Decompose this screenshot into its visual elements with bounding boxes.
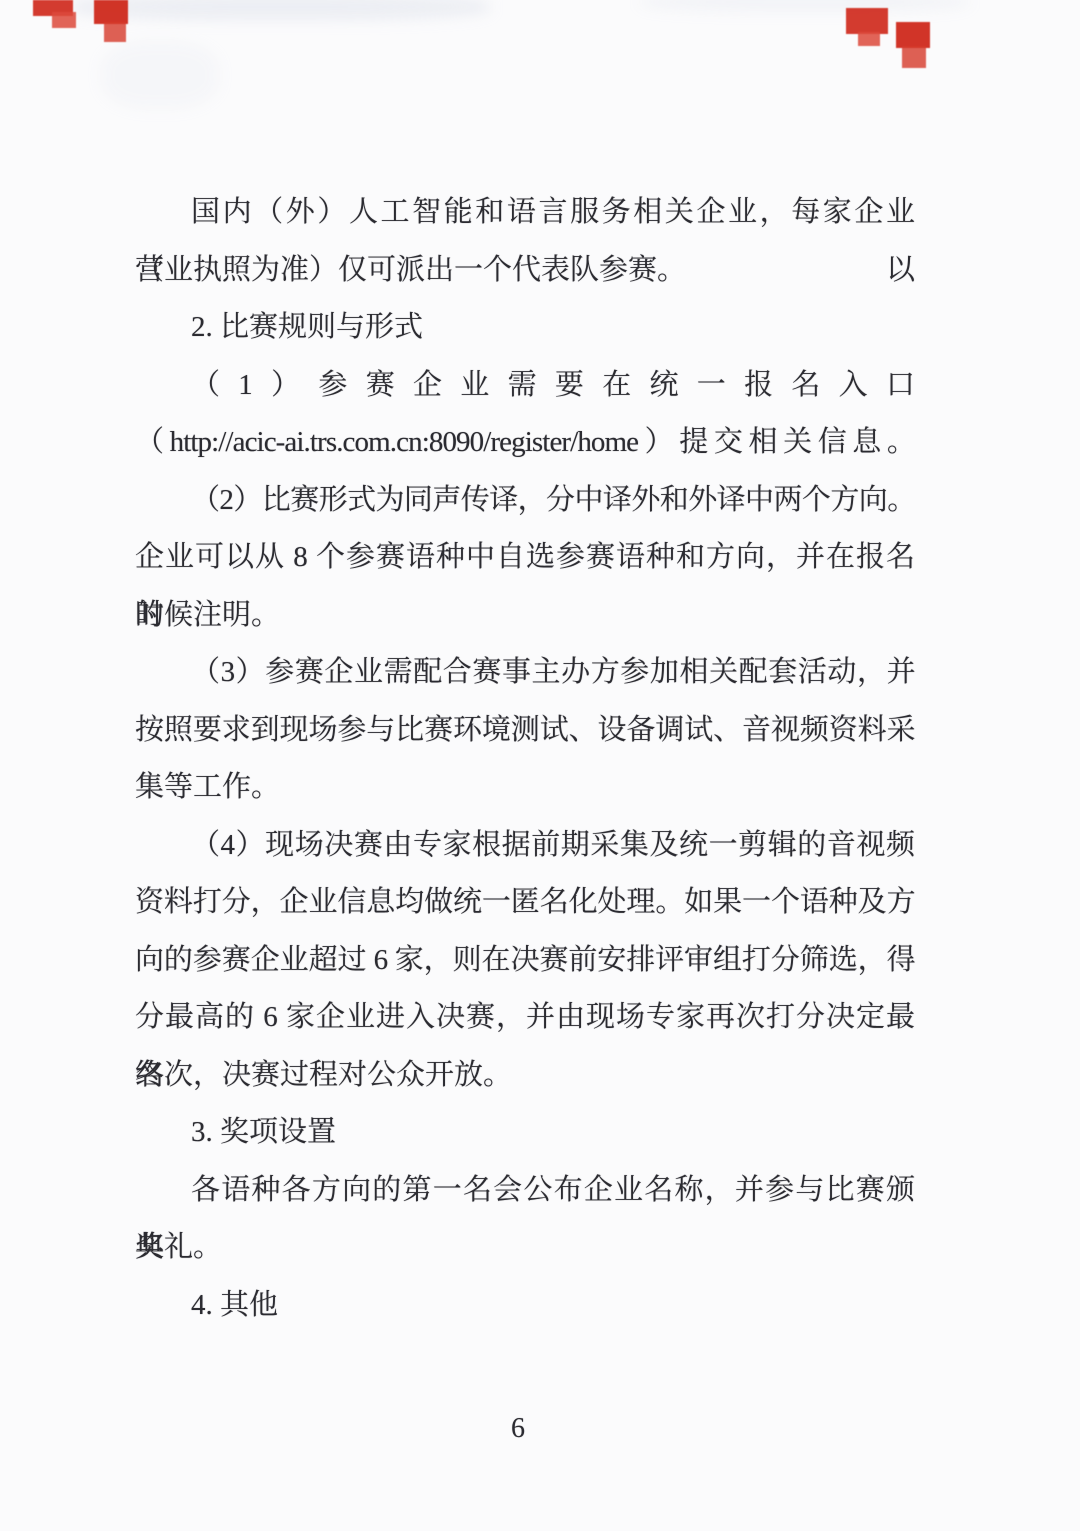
- text-line: 向的参赛企业超过 6 家，则在决赛前安排评审组打分筛选，得: [135, 932, 915, 990]
- text-line: （3）参赛企业需配合赛事主办方参加相关配套活动，并: [135, 644, 915, 702]
- text-line: 分最高的 6 家企业进入决赛，并由现场专家再次打分决定最终: [135, 989, 915, 1047]
- text-line-url: （http://acic-ai.trs.com.cn:8090/register…: [135, 414, 915, 472]
- section-heading-2: 2. 比赛规则与形式: [135, 299, 915, 357]
- scan-smudge: [640, 0, 970, 12]
- text-line: 集等工作。: [135, 759, 915, 817]
- text-line: （1）参赛企业需要在统一报名入口: [135, 357, 915, 415]
- document-text-block: 国内（外）人工智能和语言服务相关企业，每家企业（以 营业执照为准）仅可派出一个代…: [135, 184, 915, 1334]
- text-line: （2）比赛形式为同声传译，分中译外和外译中两个方向。: [135, 472, 915, 530]
- section-heading-3: 3. 奖项设置: [135, 1104, 915, 1162]
- page-number: 6: [0, 1412, 1080, 1446]
- text-line: 按照要求到现场参与比赛环境测试、设备调试、音视频资料采: [135, 702, 915, 760]
- scan-smudge: [100, 40, 220, 110]
- text-line: 名次，决赛过程对公众开放。: [135, 1047, 915, 1105]
- scan-smudge: [70, 0, 490, 20]
- text-line: （4）现场决赛由专家根据前期采集及统一剪辑的音视频: [135, 817, 915, 875]
- scanned-document-page: { "page": { "number": "6", "background_c…: [0, 0, 1080, 1531]
- section-heading-4: 4. 其他: [135, 1277, 915, 1335]
- text-line: 国内（外）人工智能和语言服务相关企业，每家企业（以: [135, 184, 915, 242]
- text-line: 企业可以从 8 个参赛语种中自选参赛语种和方向，并在报名的: [135, 529, 915, 587]
- text-line: 各语种各方向的第一名会公布企业名称，并参与比赛颁奖: [135, 1162, 915, 1220]
- text-line: 时候注明。: [135, 587, 915, 645]
- text-line: 典礼。: [135, 1219, 915, 1277]
- text-line: 资料打分，企业信息均做统一匿名化处理。如果一个语种及方: [135, 874, 915, 932]
